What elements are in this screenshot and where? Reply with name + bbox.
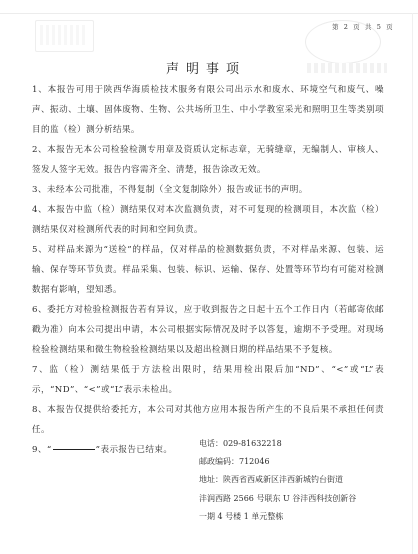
end-of-report-line: [53, 449, 95, 451]
declaration-clauses: 1、本报告可用于陕西华海质检技术服务有限公司出示水和废水、环境空气和废气、噪声、…: [32, 80, 384, 460]
contact-address-line-2: 沣润西路 2566 号联东 U 谷沣西科技创新谷: [199, 490, 409, 508]
clause-9-prefix: 9、“: [32, 445, 52, 455]
contact-postcode: 邮政编码：712046: [199, 453, 409, 471]
page-right-edge: [412, 13, 413, 554]
clause-7: 7、监（检）测结果低于方法检出限时，结果用检出限后加“ND”、“<”或“L”表示…: [32, 360, 384, 400]
contact-phone: 电话：029-81632218: [199, 435, 409, 453]
clause-8: 8、本报告仅提供给委托方，本公司对其他方应用本报告所产生的不良后果不承担任何责任…: [32, 400, 384, 440]
clause-9-suffix: ”表示报告已结束。: [96, 445, 173, 455]
contact-address-line-1: 地址：陕西省西咸新区沣西新城钓台街道: [199, 471, 409, 489]
clause-2: 2、本报告无本公司检验检测专用章及资质认定标志章，无骑缝章，无编制人、审核人、签…: [32, 140, 384, 180]
clause-5: 5、对样品来源为“送检”的样品，仅对样品的检测数据负责，不对样品来源、包装、运输…: [32, 240, 384, 300]
contact-address-line-3: 一期 4 号楼 1 单元整栋: [199, 508, 409, 526]
clause-3: 3、未经本公司批准，不得复制（全文复制除外）报告或证书的声明。: [32, 180, 384, 200]
contact-block: 电话：029-81632218 邮政编码：712046 地址：陕西省西咸新区沣西…: [199, 435, 409, 526]
page-indicator: 第 2 页 共 5 页: [332, 22, 394, 31]
clause-1: 1、本报告可用于陕西华海质检技术服务有限公司出示水和废水、环境空气和废气、噪声、…: [32, 80, 384, 140]
document-title: 声明事项: [0, 58, 412, 77]
page-top-edge: [0, 13, 418, 14]
clause-6: 6、委托方对检验检测报告若有异议，应于收到报告之日起十五个工作日内（若邮寄依邮戳…: [32, 300, 384, 360]
faint-seal-stamp-left-texture: [40, 25, 87, 45]
clause-4: 4、本报告中监（检）测结果仅对本次监测负责，对不可复现的检测项目，本次监（检）测…: [32, 200, 384, 240]
